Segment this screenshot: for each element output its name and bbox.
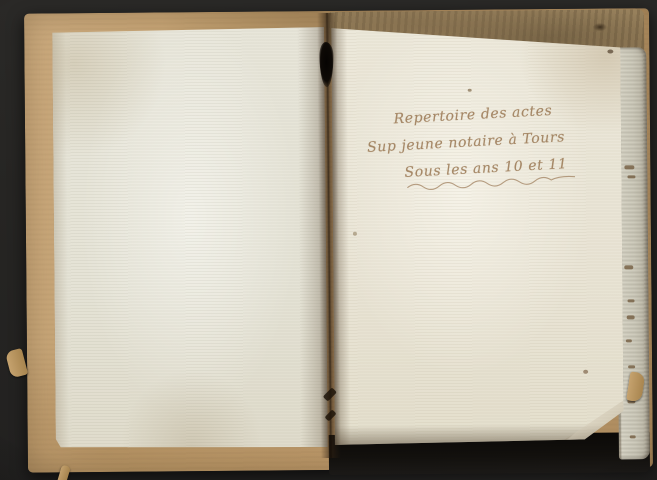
open-book: Repertoire des actes Sup jeune notaire à… <box>0 0 657 480</box>
right-page <box>331 21 624 445</box>
foxing-spot <box>353 232 357 236</box>
foxing-spot <box>607 50 613 54</box>
fore-edge-mark <box>628 365 635 368</box>
fore-edge-mark <box>627 175 635 178</box>
foxing-spot <box>468 89 472 92</box>
binding-tie-left <box>5 348 28 378</box>
handwritten-inscription: Repertoire des actes Sup jeune notaire à… <box>355 95 609 195</box>
left-page <box>52 27 328 449</box>
fore-edge-mark <box>628 299 635 302</box>
fore-edge-mark <box>626 339 632 342</box>
fore-edge-mark <box>627 315 635 319</box>
archival-photo: Repertoire des actes Sup jeune notaire à… <box>0 0 657 480</box>
fore-edge-mark <box>624 265 633 269</box>
foxing-spot <box>583 370 588 374</box>
fore-edge-mark <box>630 435 636 438</box>
fore-edge-mark <box>624 165 634 169</box>
